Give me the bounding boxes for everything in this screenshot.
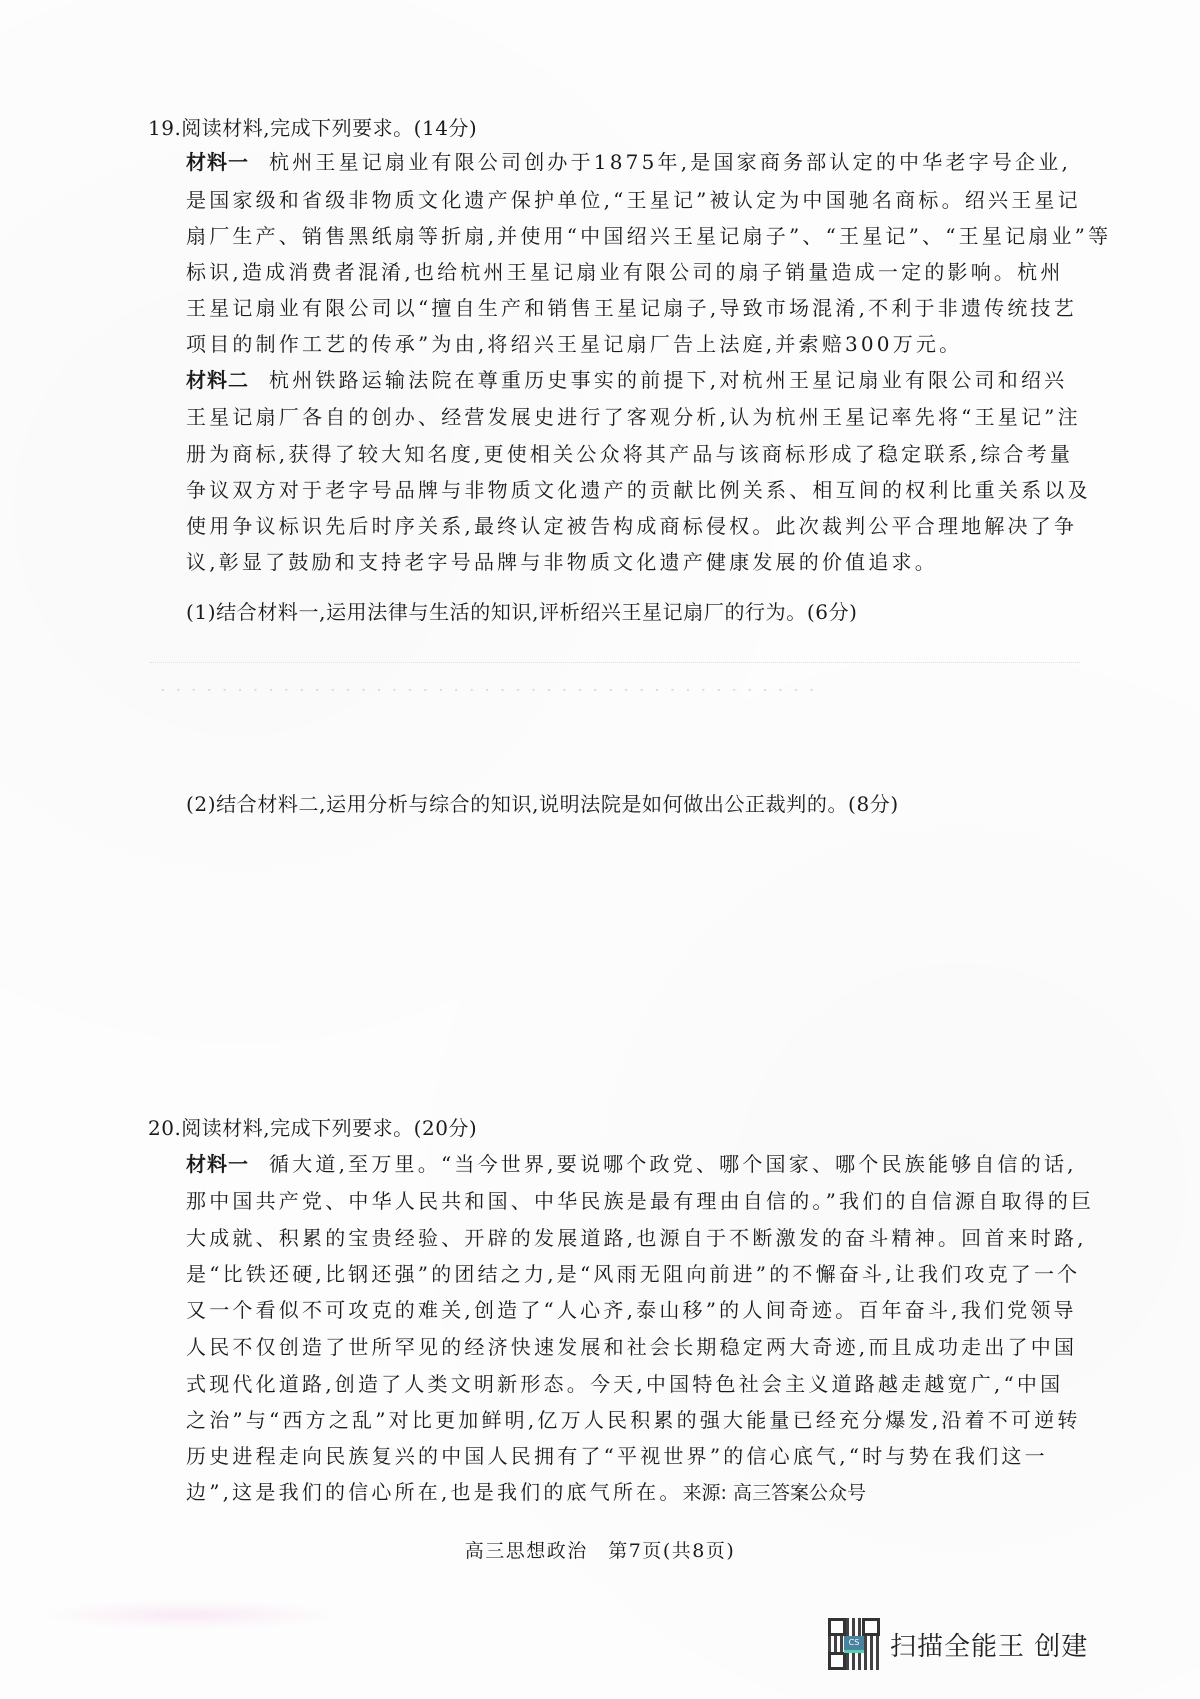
- q19-material1-line-6: 项目的制作工艺的传承”为由,将绍兴王星记扇厂告上法庭,并索赔300万元。: [186, 330, 962, 358]
- q19-sub-question-1: (1)结合材料一,运用法律与生活的知识,评析绍兴王星记扇厂的行为。(6分): [186, 598, 858, 626]
- q20-material1-line-1: 材料一循大道,至万里。“当今世界,要说哪个政党、哪个国家、哪个民族能够自信的话,: [186, 1150, 1077, 1178]
- exam-page: 19.阅读材料,完成下列要求。(14分) 材料一杭州王星记扇业有限公司创办于18…: [0, 0, 1200, 1699]
- q19-material1-line-2: 是国家级和省级非物质文化遗产保护单位,“王星记”被认定为中国驰名商标。绍兴王星记: [186, 186, 1081, 214]
- bleed-through-text: · · · · · · · · · · · · · · · · · · · · …: [160, 680, 816, 701]
- watermark-text: 扫描全能王 创建: [890, 1626, 1088, 1663]
- q20-material1-line-4: 是“比铁还硬,比钢还强”的团结之力,是“风雨无阻向前进”的不懈奋斗,让我们攻克了…: [186, 1260, 1080, 1288]
- q20-material1-line-2: 那中国共产党、中华人民共和国、中华民族是最有理由自信的。”我们的自信源自取得的巨: [186, 1187, 1094, 1215]
- q20-material1-label: 材料一: [186, 1152, 249, 1176]
- scan-smudge: [40, 1600, 340, 1630]
- q19-sub-question-2: (2)结合材料二,运用分析与综合的知识,说明法院是如何做出公正裁判的。(8分): [186, 790, 899, 818]
- q20-material1-line-10: 边”,这是我们的信心所在,也是我们的底气所在。来源: 高三答案公众号: [186, 1478, 866, 1507]
- scanner-watermark: CS 扫描全能王 创建: [828, 1618, 1088, 1670]
- q19-material2-line-3: 册为商标,获得了较大知名度,更使相关公众将其产品与该商标形成了稳定联系,综合考量: [186, 440, 1073, 468]
- q20-material1-line-8: 之治”与“西方之乱”对比更加鲜明,亿万人民积累的强大能量已经充分爆发,沿着不可逆…: [186, 1406, 1081, 1434]
- q19-material2-label: 材料二: [186, 368, 249, 392]
- q19-material1-line-1: 材料一杭州王星记扇业有限公司创办于1875年,是国家商务部认定的中华老字号企业,: [186, 148, 1071, 176]
- q20-material1-line-7: 式现代化道路,创造了人类文明新形态。今天,中国特色社会主义道路越走越宽广,“中国: [186, 1370, 1063, 1398]
- q19-heading: 19.阅读材料,完成下列要求。(14分): [148, 114, 477, 142]
- q19-material1-line-4: 标识,造成消费者混淆,也给杭州王星记扇业有限公司的扇子销量造成一定的影响。杭州: [186, 258, 1064, 286]
- q19-material2-line-2: 王星记扇厂各自的创办、经营发展史进行了客观分析,认为杭州王星记率先将“王星记”注: [186, 403, 1081, 431]
- answer-area-divider: [150, 662, 1080, 664]
- q20-heading: 20.阅读材料,完成下列要求。(20分): [148, 1114, 477, 1142]
- q20-material1-line-6: 人民不仅创造了世所罕见的经济快速发展和社会长期稳定两大奇迹,而且成功走出了中国: [186, 1333, 1077, 1361]
- q20-material1-line-9: 历史进程走向民族复兴的中国人民拥有了“平视世界”的信心底气,“时与势在我们这一: [186, 1442, 1048, 1470]
- qr-code-icon: CS: [828, 1618, 880, 1670]
- q19-material2-line-4: 争议双方对于老字号品牌与非物质文化遗产的贡献比例关系、相互间的权利比重关系以及: [186, 476, 1091, 504]
- q20-material1-line-5: 又一个看似不可攻克的难关,创造了“人心齐,泰山移”的人间奇迹。百年奋斗,我们党领…: [186, 1296, 1077, 1324]
- q19-material1-line-3: 扇厂生产、销售黑纸扇等折扇,并使用“中国绍兴王星记扇子”、“王星记”、“王星记扇…: [186, 222, 1111, 250]
- page-footer: 高三思想政治 第7页(共8页): [0, 1536, 1200, 1563]
- q19-material2-line-6: 议,彰显了鼓励和支持老字号品牌与非物质文化遗产健康发展的价值追求。: [186, 548, 938, 576]
- q20-material1-line-3: 大成就、积累的宝贵经验、开辟的发展道路,也源自于不断激发的奋斗精神。回首来时路,: [186, 1224, 1087, 1252]
- source-note: 来源: 高三答案公众号: [683, 1482, 866, 1504]
- q19-material2-line-5: 使用争议标识先后时序关系,最终认定被告构成商标侵权。此次裁判公平合理地解决了争: [186, 512, 1077, 540]
- q19-material1-label: 材料一: [186, 150, 249, 174]
- camscanner-logo-icon: CS: [844, 1636, 864, 1653]
- q19-material2-line-1: 材料二杭州铁路运输法院在尊重历史事实的前提下,对杭州王星记扇业有限公司和绍兴: [186, 366, 1067, 394]
- q19-material1-line-5: 王星记扇业有限公司以“擅自生产和销售王星记扇子,导致市场混淆,不利于非遗传统技艺: [186, 294, 1077, 322]
